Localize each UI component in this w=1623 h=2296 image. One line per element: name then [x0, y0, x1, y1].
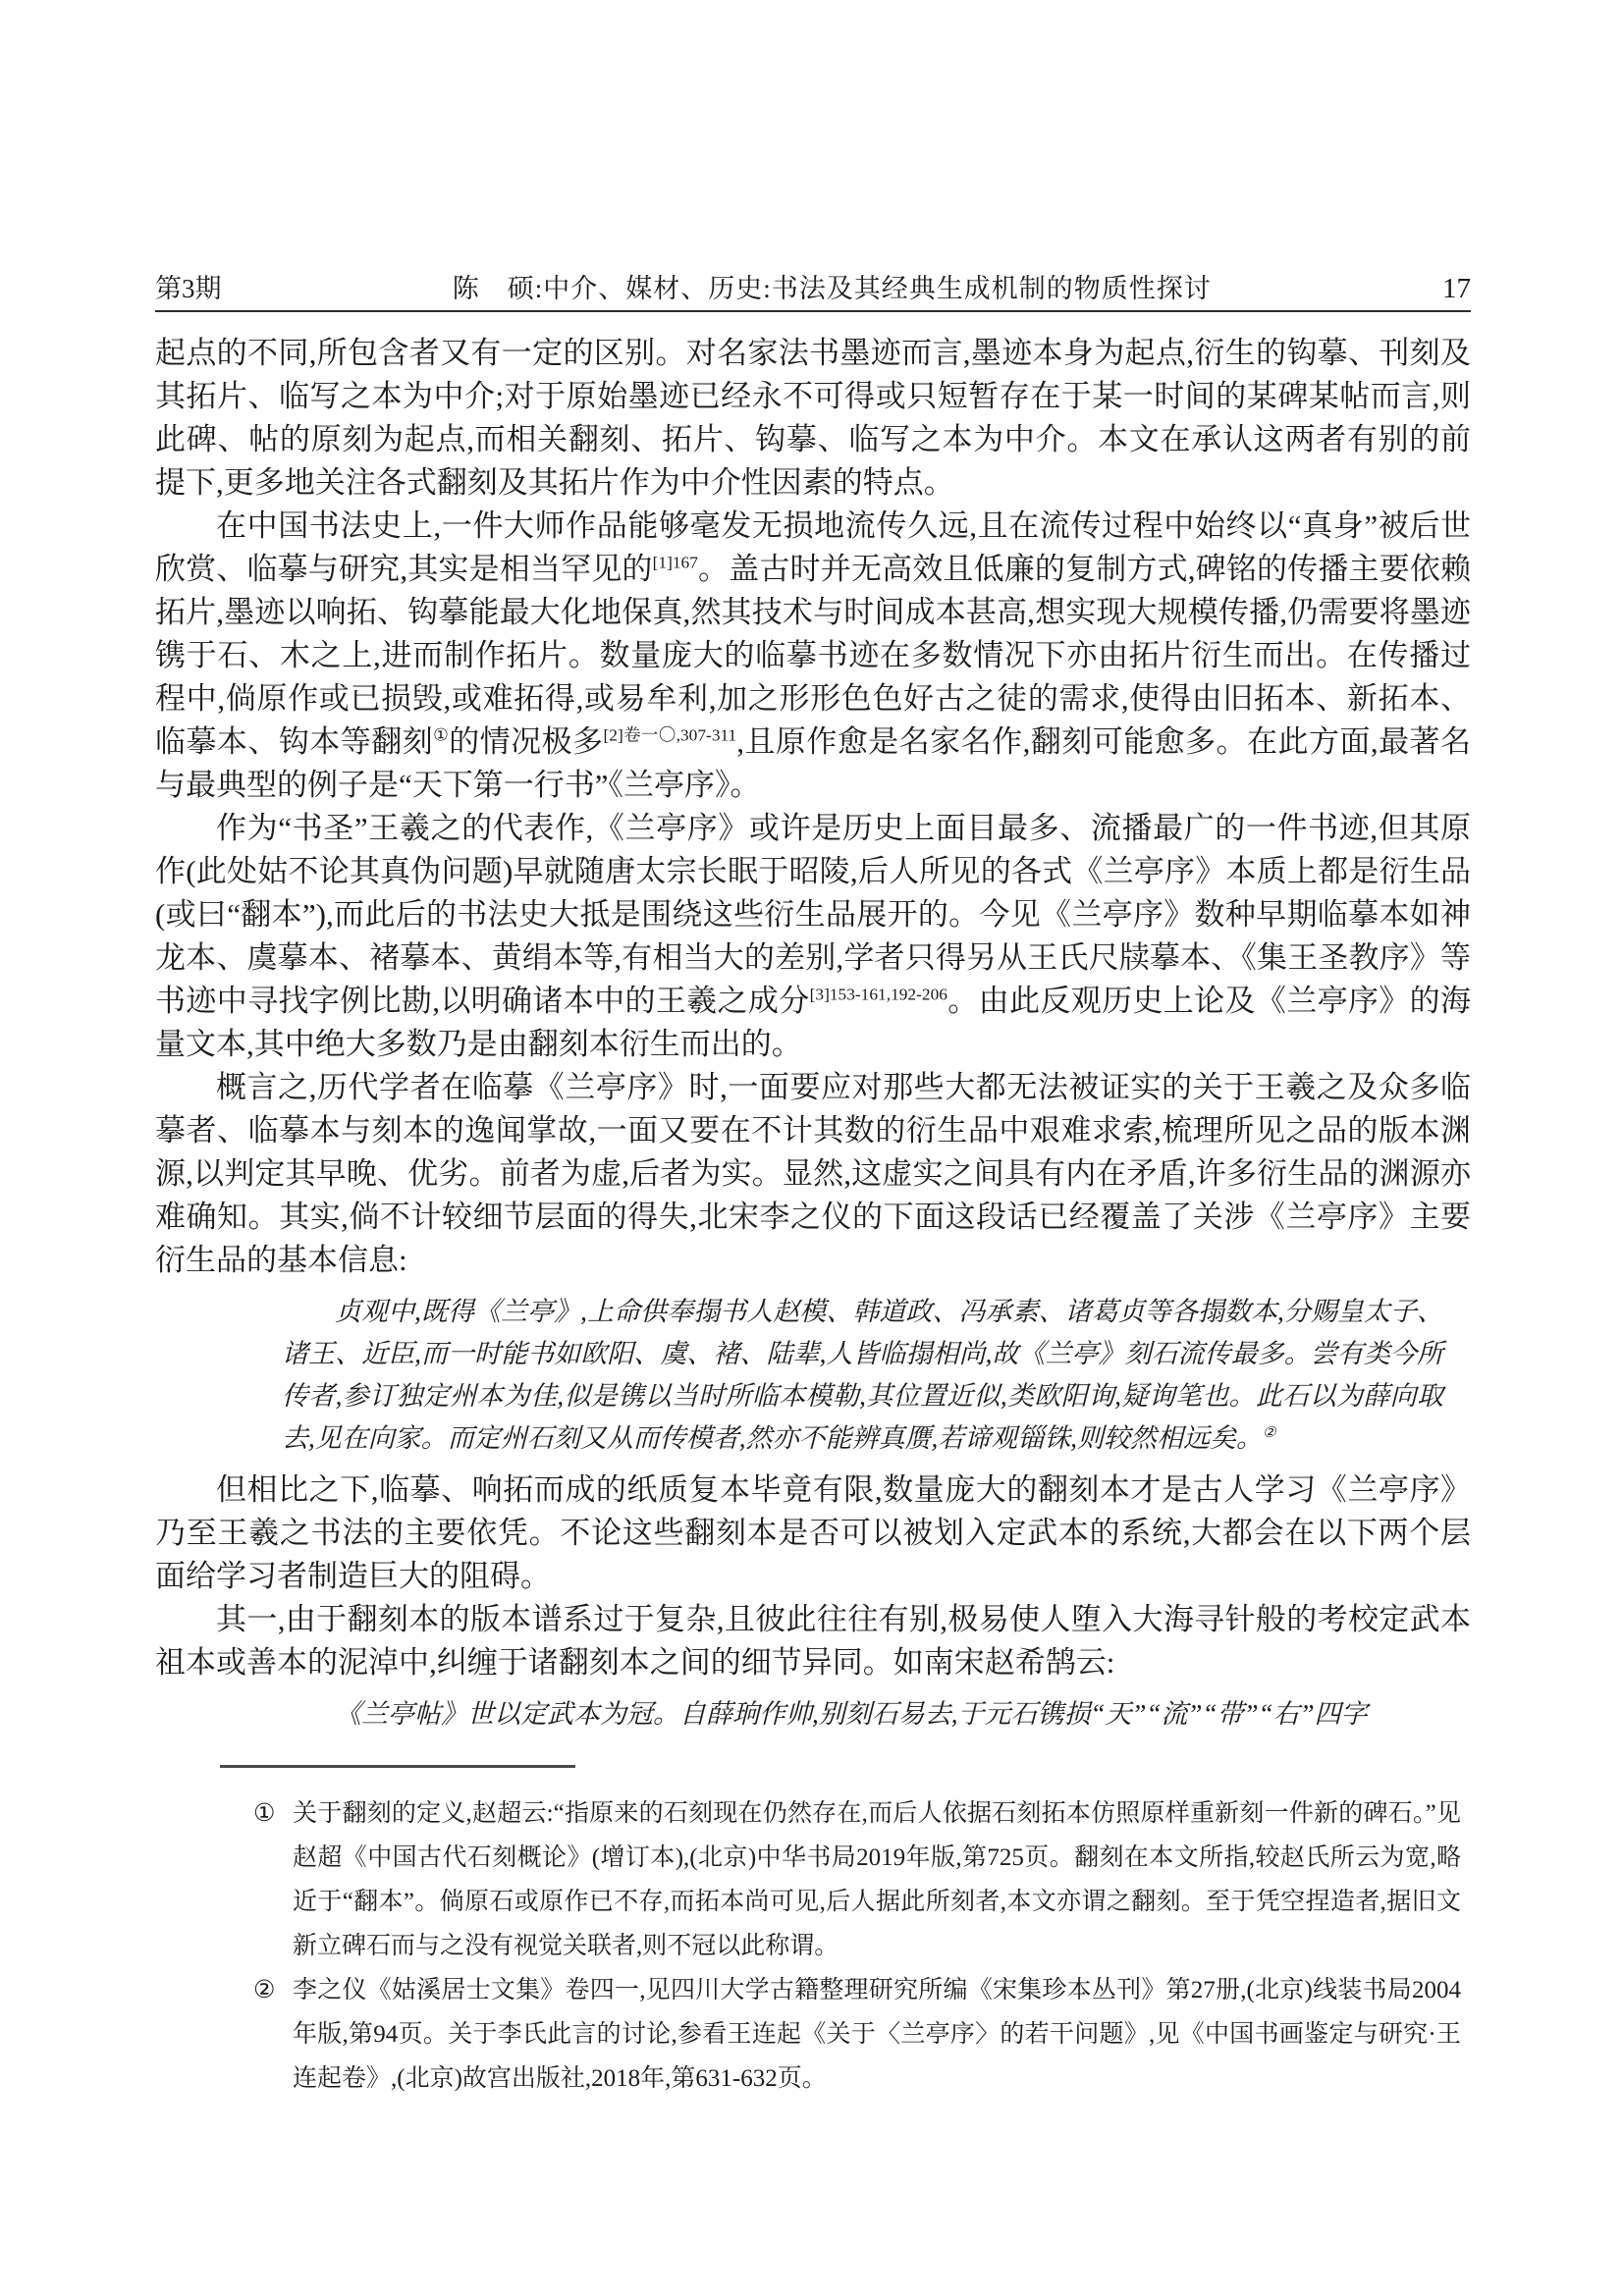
quotation-text: 贞观中,既得《兰亭》,上命供奉搨书人赵模、韩道政、冯承素、诸葛贞等各搨数本,分赐… — [282, 1291, 1443, 1460]
quotation-text: 《兰亭帖》世以定武本为冠。自薛珦作帅,别刻石易去,于元石镌损“天”“流”“带”“… — [282, 1693, 1443, 1735]
footnote-marker: ② — [253, 1968, 293, 2101]
citation-ref: [3]153-161,192-206 — [810, 986, 947, 1004]
block-quotation: 《兰亭帖》世以定武本为冠。自薛珦作帅,别刻石易去,于元石镌损“天”“流”“带”“… — [282, 1693, 1443, 1735]
footnote-ref: ① — [433, 726, 449, 745]
footnote-ref: ② — [1263, 1425, 1276, 1441]
footnote-2: ② 李之仪《姑溪居士文集》卷四一,见四川大学古籍整理研究所编《宋集珍本丛刊》第2… — [253, 1968, 1461, 2101]
text-segment: 的情况极多 — [449, 724, 603, 759]
running-head: 第3期 陈 硕:中介、媒材、历史:书法及其经典生成机制的物质性探讨 17 — [155, 267, 1471, 305]
citation-ref: [2]卷一〇,307-311 — [604, 726, 737, 745]
block-quotation: 贞观中,既得《兰亭》,上命供奉搨书人赵模、韩道政、冯承素、诸葛贞等各搨数本,分赐… — [282, 1291, 1443, 1460]
paragraph-continuation: 起点的不同,所包含者又有一定的区别。对名家法书墨迹而言,墨迹本身为起点,衍生的钩… — [155, 332, 1471, 505]
article-body: 起点的不同,所包含者又有一定的区别。对名家法书墨迹而言,墨迹本身为起点,衍生的钩… — [155, 332, 1471, 1744]
footnote-text: 李之仪《姑溪居士文集》卷四一,见四川大学古籍整理研究所编《宋集珍本丛刊》第27册… — [293, 1968, 1461, 2101]
page-number: 17 — [1442, 273, 1471, 305]
footnote-1: ① 关于翻刻的定义,赵超云:“指原来的石刻现在仍然存在,而后人依据石刻拓本仿照原… — [253, 1791, 1461, 1968]
citation-ref: [1]167 — [653, 554, 698, 572]
running-title: 陈 硕:中介、媒材、历史:书法及其经典生成机制的物质性探讨 — [222, 267, 1443, 305]
paragraph: 概言之,历代学者在临摹《兰亭序》时,一面要应对那些大都无法被证实的关于王羲之及众… — [155, 1066, 1471, 1282]
paragraph: 在中国书法史上,一件大师作品能够毫发无损地流传久远,且在流传过程中始终以“真身”… — [155, 505, 1471, 807]
header-rule — [155, 310, 1471, 312]
journal-page: 第3期 陈 硕:中介、媒材、历史:书法及其经典生成机制的物质性探讨 17 起点的… — [0, 0, 1623, 2296]
paragraph: 但相比之下,临摹、响拓而成的纸质复本毕竟有限,数量庞大的翻刻本才是古人学习《兰亭… — [155, 1468, 1471, 1598]
issue-number: 第3期 — [155, 267, 222, 305]
footnote-marker: ① — [253, 1791, 293, 1968]
footnotes-section: ① 关于翻刻的定义,赵超云:“指原来的石刻现在仍然存在,而后人依据石刻拓本仿照原… — [155, 1765, 1473, 2101]
footnote-text: 关于翻刻的定义,赵超云:“指原来的石刻现在仍然存在,而后人依据石刻拓本仿照原样重… — [293, 1791, 1461, 1968]
paragraph: 其一,由于翻刻本的版本谱系过于复杂,且彼此往往有别,极易使人堕入大海寻针般的考校… — [155, 1598, 1471, 1684]
paragraph: 作为“书圣”王羲之的代表作,《兰亭序》或许是历史上面目最多、流播最广的一件书迹,… — [155, 807, 1471, 1066]
footnote-separator — [220, 1765, 575, 1768]
